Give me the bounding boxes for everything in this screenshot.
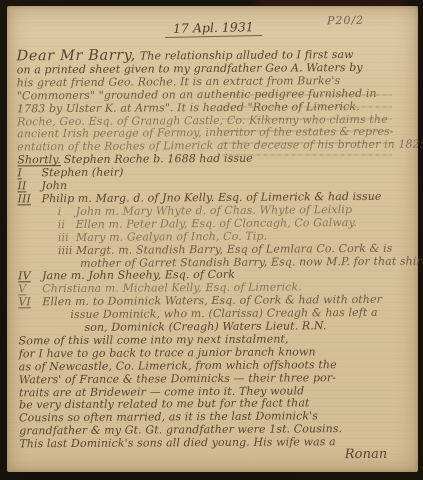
roman-numeral: VI bbox=[18, 296, 42, 309]
letter-line: entation of the Roches of Limerick at th… bbox=[17, 139, 411, 155]
pedigree-item-text: John bbox=[41, 179, 67, 192]
archival-reference: P20/2 bbox=[327, 14, 364, 28]
roman-numeral: III bbox=[18, 193, 42, 206]
sub-numeral: ii bbox=[58, 219, 76, 232]
letter-line-text: Stephen Roche b. 1688 had issue bbox=[64, 152, 253, 166]
letter-page: P20/2 17 Apl. 1931 Dear Mr Barry,The rel… bbox=[7, 6, 418, 472]
pedigree-item-continuation: issue Dominick, who m. (Clarissa) Creagh… bbox=[18, 307, 412, 323]
signature: Ronan bbox=[19, 449, 413, 465]
pedigree-subitem-continuation: mother of Garret Standish Barry, Esq. no… bbox=[18, 255, 412, 271]
sub-numeral: i bbox=[58, 206, 76, 219]
sub-numeral: iiii bbox=[58, 245, 76, 258]
sub-numeral: iii bbox=[58, 232, 76, 245]
letter-date: 17 Apl. 1931 bbox=[165, 19, 262, 38]
letter-body: Dear Mr Barry,The relationship alluded t… bbox=[17, 48, 414, 465]
pedigree-item-text: Stephen (heir) bbox=[41, 166, 123, 180]
pedigree-subitem-text: Ellen m. Peter Daly, Esq. of Cloncagh, C… bbox=[76, 216, 357, 231]
shortly-heading: Shortly. bbox=[17, 153, 61, 166]
